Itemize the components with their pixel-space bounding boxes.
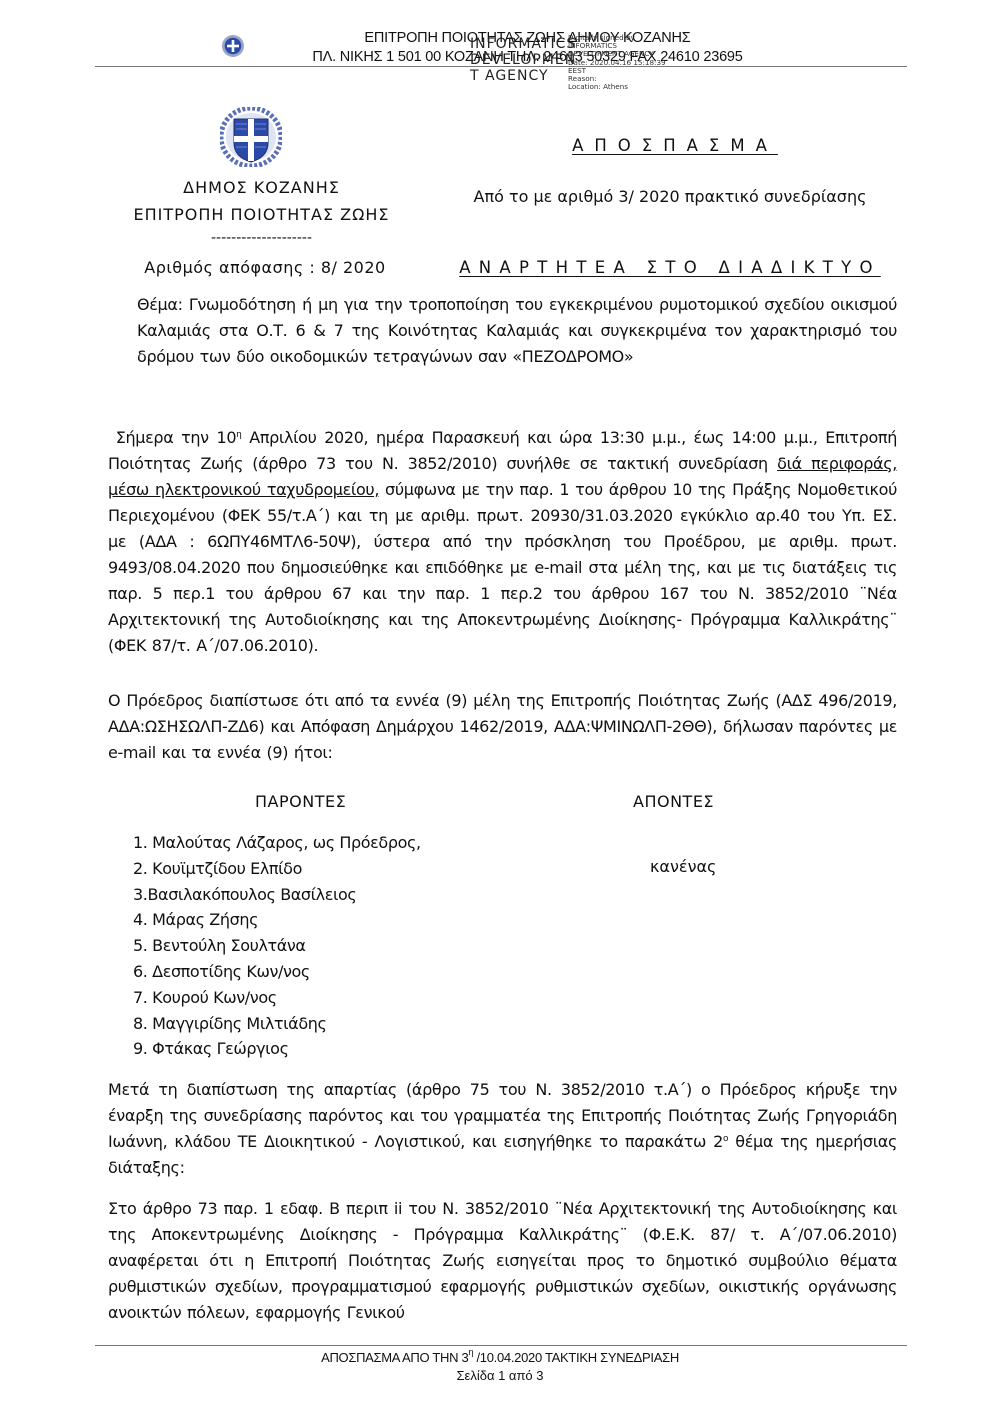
present-members-list: 1. Μαλούτας Λάζαρος, ως Πρόεδρος, 2. Κου…: [133, 830, 421, 1062]
ordinal-suffix: ο: [723, 1134, 728, 1144]
decision-number: Αριθμός απόφασης : 8/ 2020: [100, 258, 430, 277]
publish-online-text: ΑΝΑΡΤΗΤΕΑ ΣΤΟ ΔΙΑΔΙΚΤΥΟ: [459, 258, 881, 277]
intro-text: Σήμερα την 10: [116, 428, 236, 447]
greek-coat-of-arms-icon: [220, 107, 282, 167]
digital-signature-signer[interactable]: INFORMATICS DEVELOPMEN T AGENCY: [470, 36, 576, 84]
member-item: 4. Μάρας Ζήσης: [133, 907, 421, 933]
member-item: 9. Φτάκας Γεώργιος: [133, 1036, 421, 1062]
subject-paragraph: Θέμα: Γνωμοδότηση ή μη για την τροποποίη…: [137, 292, 897, 370]
document-title-text: ΑΠΟΣΠΑΣΜΑ: [572, 136, 778, 155]
meeting-intro-paragraph: Σήμερα την 10η Απριλίου 2020, ημέρα Παρα…: [108, 425, 897, 659]
absent-members-value: κανένας: [650, 857, 716, 876]
footer-title-text: ΑΠΟΣΠΑΣΜΑ ΑΠΟ ΤΗΝ 3: [321, 1350, 468, 1365]
signer-line: DEVELOPMEN: [470, 52, 576, 68]
signature-detail-line: Location: Athens: [568, 83, 666, 91]
present-header: ΠΑΡΟΝΤΕΣ: [255, 792, 346, 811]
intro-text: σύμφωνα με την παρ. 1 του άρθρου 10 της …: [108, 480, 897, 655]
dashed-separator: --------------------: [100, 230, 423, 246]
member-item: 2. Κουϊμτζίδου Ελπίδο: [133, 856, 421, 882]
committee-name: ΕΠΙΤΡΟΠΗ ΠΟΙΟΤΗΤΑΣ ΖΩΗΣ: [100, 205, 423, 224]
signer-line: T AGENCY: [470, 68, 576, 84]
signer-line: INFORMATICS: [470, 36, 576, 52]
minutes-reference: Από το με αριθμό 3/ 2020 πρακτικό συνεδρ…: [430, 187, 910, 206]
session-opening-paragraph: Μετά τη διαπίστωση της απαρτίας (άρθρο 7…: [108, 1077, 897, 1181]
document-title: ΑΠΟΣΠΑΣΜΑ: [455, 136, 895, 155]
footer-title-text: /10.04.2020 ΤΑΚΤΙΚΗ ΣΥΝΕΔΡΙΑΣΗ: [473, 1350, 679, 1365]
footer-title: ΑΠΟΣΠΑΣΜΑ ΑΠΟ ΤΗΝ 3η /10.04.2020 ΤΑΚΤΙΚΗ…: [0, 1350, 1000, 1365]
member-item: 7. Κουρού Κων/νος: [133, 985, 421, 1011]
municipality-name: ΔΗΜΟΣ ΚΟΖΑΝΗΣ: [100, 178, 423, 197]
member-item: 8. Μαγγιρίδης Μιλτιάδης: [133, 1011, 421, 1037]
publish-online-notice: ΑΝΑΡΤΗΤΕΑ ΣΤΟ ΔΙΑΔΙΚΤΥΟ: [440, 258, 900, 277]
member-item: 1. Μαλούτας Λάζαρος, ως Πρόεδρος,: [133, 830, 421, 856]
member-item: 5. Βεντούλη Σουλτάνα: [133, 933, 421, 959]
absent-header: ΑΠΟΝΤΕΣ: [633, 792, 714, 811]
quorum-paragraph: Ο Πρόεδρος διαπίστωσε ότι από τα εννέα (…: [108, 688, 897, 766]
footer-divider: [95, 1345, 907, 1346]
member-item: 6. Δεσποτίδης Κων/νος: [133, 959, 421, 985]
member-item: 3.Βασιλακόπουλος Βασίλειος: [133, 882, 421, 908]
legal-basis-paragraph: Στο άρθρο 73 παρ. 1 εδαφ. Β περιπ ii του…: [108, 1196, 897, 1326]
ordinal-suffix: η: [236, 430, 241, 440]
page-number: Σελίδα 1 από 3: [0, 1368, 1000, 1383]
ordinal-suffix: η: [468, 1347, 473, 1357]
digital-signature-details[interactable]: Digitally signed by INFORMATICS DEVELOPM…: [568, 34, 666, 91]
